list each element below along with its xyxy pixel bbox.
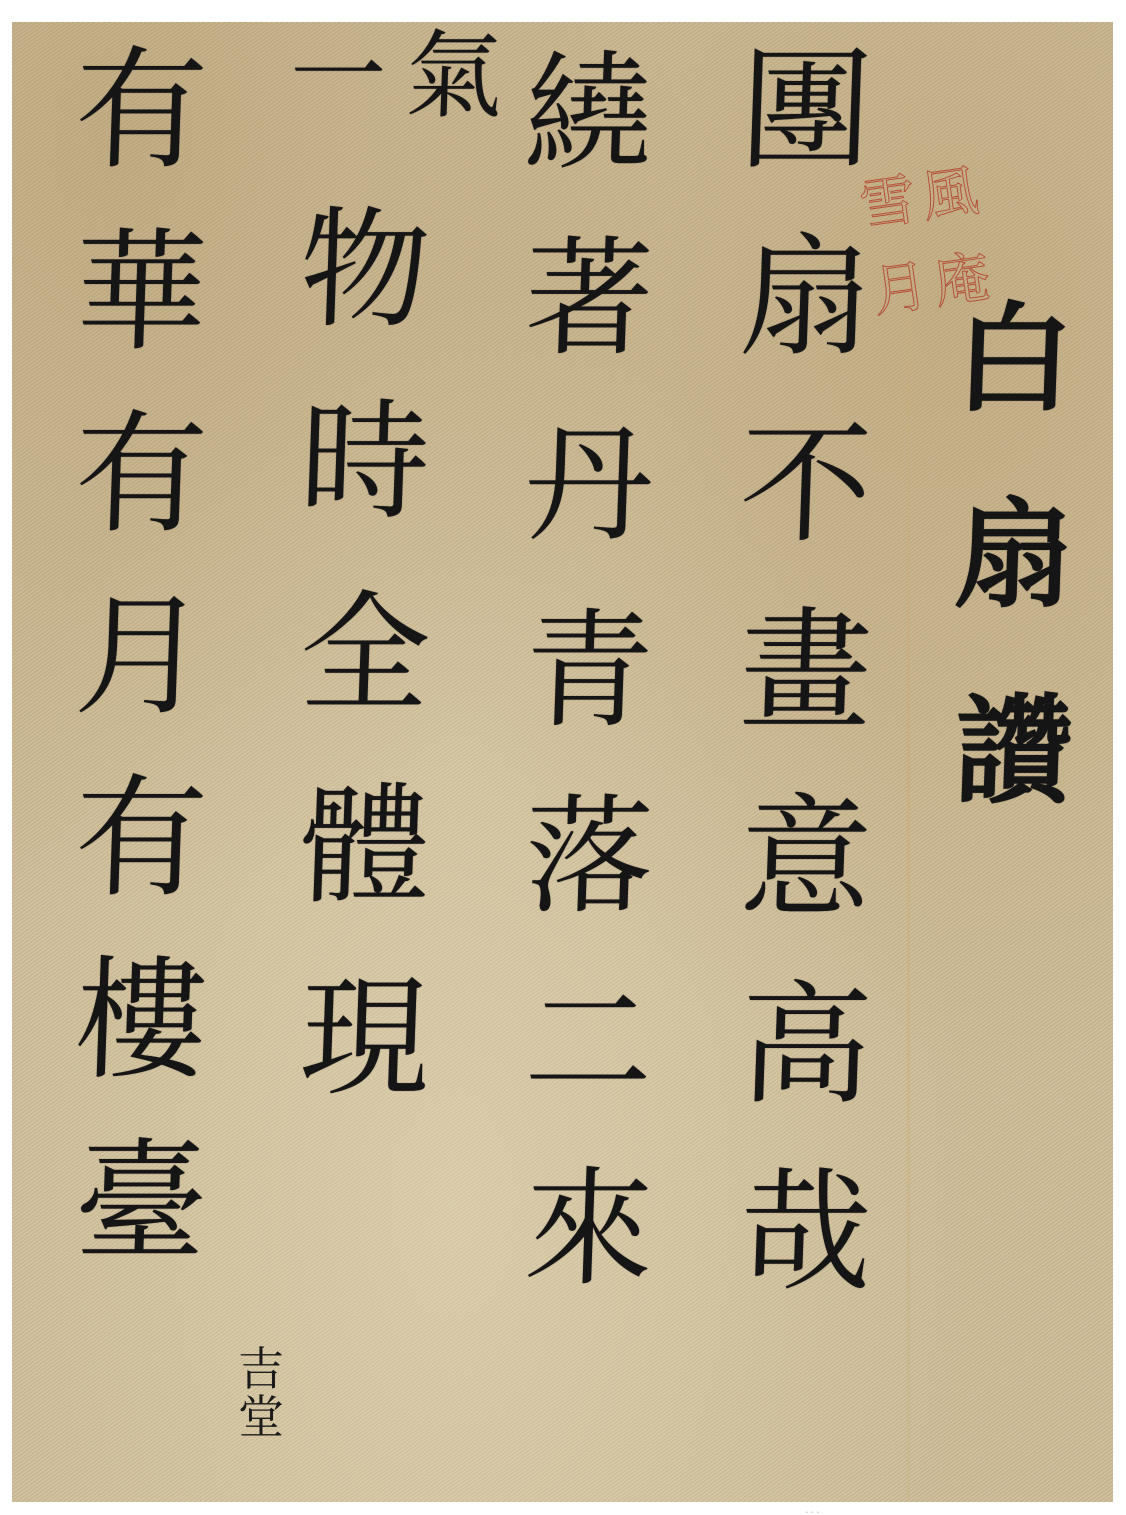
poem-char: 落	[523, 794, 655, 922]
poem-char: 全	[298, 589, 433, 719]
poem-char: 扇	[738, 232, 875, 364]
poem-char: 來	[523, 1166, 655, 1294]
signature-char: 堂	[238, 1393, 284, 1441]
signature-char: 吉	[238, 1345, 284, 1393]
poem-char: 有	[73, 773, 210, 905]
bottom-margin-mark: ...	[805, 1503, 822, 1515]
poem-char: 時	[298, 397, 433, 527]
poem-char: 臺	[73, 1137, 210, 1269]
title-char: 讚	[953, 692, 1075, 810]
title-column: 白 扇 讚	[955, 300, 1073, 888]
poem-char: 丹	[523, 422, 655, 550]
poem-char: 繞	[523, 50, 655, 178]
poem-column-3: 物 時 全 體 現	[300, 205, 430, 1165]
poem-char: 青	[523, 608, 655, 736]
poem-char: 哉	[738, 1167, 875, 1299]
poem-char: 有	[73, 409, 210, 541]
poem-char: 意	[738, 793, 875, 925]
poem-column-2: 繞 著 丹 青 落 二 來	[525, 50, 653, 1352]
title-char: 扇	[953, 496, 1075, 614]
poem-column-4: 有 華 有 月 有 樓 臺	[75, 45, 207, 1319]
poem-char: 樓	[73, 955, 210, 1087]
poem-char: 二	[523, 980, 655, 1108]
poem-char: 物	[298, 205, 433, 335]
poem-column-1: 團 扇 不 畫 意 高 哉	[740, 45, 872, 1354]
poem-column-3-head: 氣 一	[290, 28, 502, 124]
seal-character: 月	[866, 242, 933, 329]
poem-char: 畫	[738, 606, 875, 738]
poem-char: 不	[738, 419, 875, 551]
poem-char: 華	[73, 227, 210, 359]
artist-signature: 吉 堂	[238, 1345, 284, 1442]
poem-char: 一	[288, 28, 387, 124]
poem-char: 有	[73, 45, 210, 177]
title-char: 白	[953, 300, 1075, 418]
poem-char: 體	[298, 781, 433, 911]
seal-character: 風	[916, 146, 983, 233]
poem-char: 高	[738, 980, 875, 1112]
poem-char: 著	[523, 236, 655, 364]
poem-char: 氣	[404, 28, 503, 124]
poem-char: 月	[73, 591, 210, 723]
poem-char: 現	[298, 973, 433, 1103]
poem-char: 團	[738, 45, 875, 177]
